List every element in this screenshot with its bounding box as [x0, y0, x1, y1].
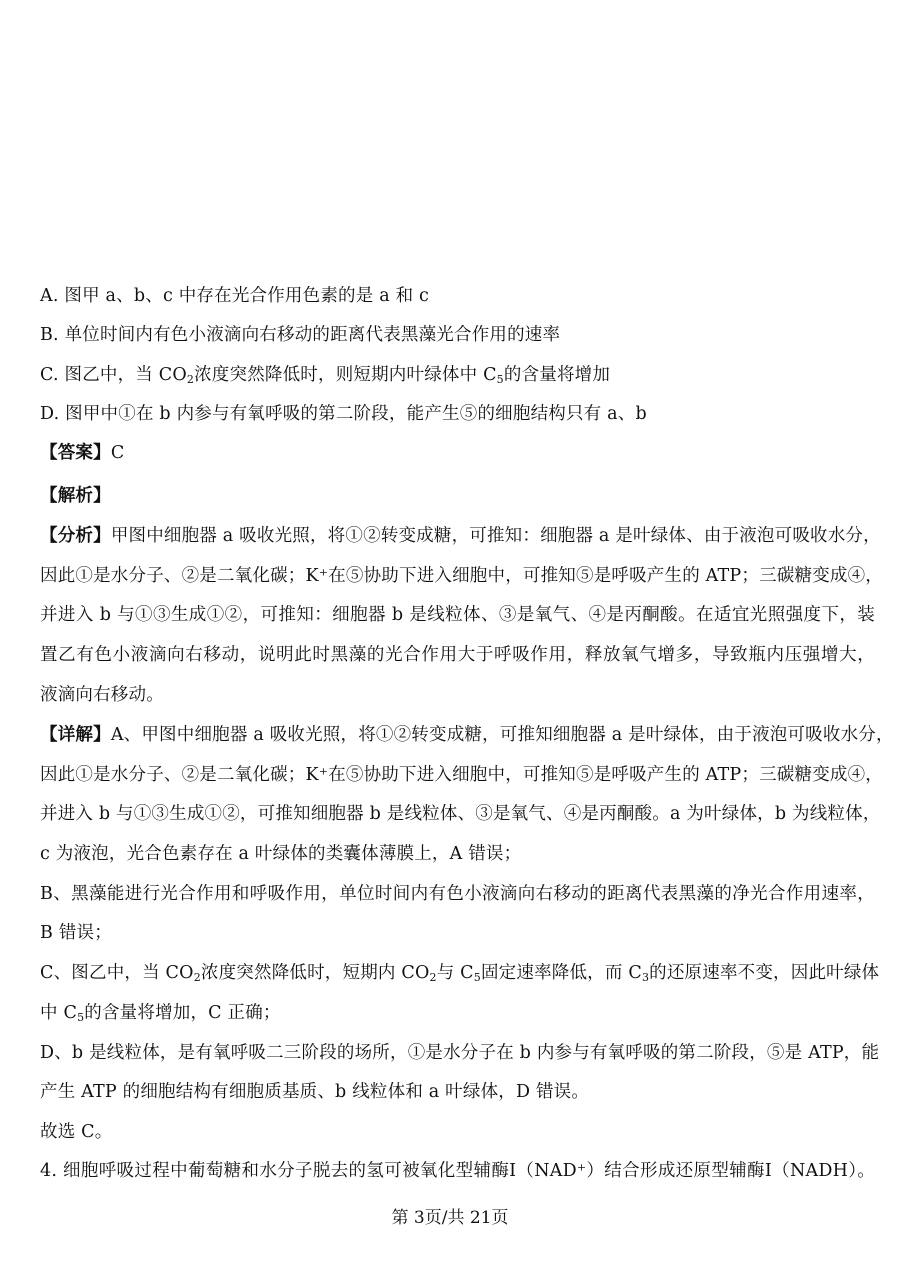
xiangjie-d-line-2: 产生 ATP 的细胞结构有细胞质基质、b 线粒体和 a 叶绿体，D 错误。	[40, 1081, 875, 1103]
conclusion: 故选 C。	[40, 1121, 875, 1143]
xiangjie-tag: 【详解】	[40, 725, 111, 745]
option-c-label: C.	[40, 365, 59, 385]
xiangjie-d-line-1: D、b 是线粒体，是有氧呼吸二三阶段的场所，①是水分子在 b 内参与有氧呼吸的第…	[40, 1042, 875, 1064]
option-b-text: 单位时间内有色小液滴向右移动的距离代表黑藻光合作用的速率	[65, 325, 561, 345]
answer-line: 【答案】C	[40, 442, 875, 464]
option-a-text: 图甲 a、b、c 中存在光合作用色素的是 a 和 c	[64, 286, 429, 306]
fenxi-line-5: 液滴向右移动。	[40, 684, 875, 706]
xiangjie-line-3: 并进入 b 与①③生成①②，可推知细胞器 b 是线粒体、③是氧气、④是丙酮酸。a…	[40, 803, 875, 825]
xiangjie-c-line-1: C、图乙中，当 CO2浓度突然降低时，短期内 CO2与 C5固定速率降低，而 C…	[40, 962, 875, 984]
xiangjie-c-line-2: 中 C5的含量将增加，C 正确；	[40, 1002, 875, 1024]
option-b-label: B.	[40, 325, 59, 345]
option-d: D. 图甲中①在 b 内参与有氧呼吸的第二阶段，能产生⑤的细胞结构只有 a、b	[40, 403, 875, 425]
fenxi-line-1: 【分析】甲图中细胞器 a 吸收光照，将①②转变成糖，可推知：细胞器 a 是叶绿体…	[40, 525, 875, 547]
xiangjie-line-6: B 错误；	[40, 922, 875, 944]
option-d-label: D.	[40, 404, 59, 424]
next-question: 4. 细胞呼吸过程中葡萄糖和水分子脱去的氢可被氧化型辅酶Ⅰ（NAD⁺）结合形成还…	[40, 1160, 875, 1182]
option-c: C. 图乙中，当 CO2浓度突然降低时，则短期内叶绿体中 C5的含量将增加	[40, 364, 875, 386]
option-d-text: 图甲中①在 b 内参与有氧呼吸的第二阶段，能产生⑤的细胞结构只有 a、b	[65, 404, 647, 424]
document-page: A. 图甲 a、b、c 中存在光合作用色素的是 a 和 c B. 单位时间内有色…	[0, 0, 900, 1263]
fenxi-line-3: 并进入 b 与①③生成①②，可推知：细胞器 b 是线粒体、③是氧气、④是丙酮酸。…	[40, 604, 875, 626]
xiangjie-line-2: 因此①是水分子、②是二氧化碳；K⁺在⑤协助下进入细胞中，可推知⑤是呼吸产生的 A…	[40, 764, 875, 786]
option-c-text: 图乙中，当 CO2浓度突然降低时，则短期内叶绿体中 C5的含量将增加	[65, 365, 611, 385]
fenxi-line-4: 置乙有色小液滴向右移动，说明此时黑藻的光合作用大于呼吸作用，释放氧气增多，导致瓶…	[40, 644, 875, 666]
analysis-heading: 【解析】	[40, 485, 875, 507]
xiangjie-line-1: 【详解】A、甲图中细胞器 a 吸收光照，将①②转变成糖，可推知细胞器 a 是叶绿…	[40, 724, 875, 746]
option-b: B. 单位时间内有色小液滴向右移动的距离代表黑藻光合作用的速率	[40, 324, 875, 346]
option-a: A. 图甲 a、b、c 中存在光合作用色素的是 a 和 c	[40, 285, 875, 307]
fenxi-tag: 【分析】	[40, 526, 111, 546]
option-a-label: A.	[40, 286, 59, 306]
answer-value: C	[111, 443, 125, 463]
xiangjie-line-4: c 为液泡，光合色素存在 a 叶绿体的类囊体薄膜上，A 错误；	[40, 843, 875, 865]
answer-tag: 【答案】	[40, 443, 111, 463]
fenxi-line-2: 因此①是水分子、②是二氧化碳；K⁺在⑤协助下进入细胞中，可推知⑤是呼吸产生的 A…	[40, 565, 875, 587]
xiangjie-line-5: B、黑藻能进行光合作用和呼吸作用，单位时间内有色小液滴向右移动的距离代表黑藻的净…	[40, 883, 875, 905]
page-footer: 第 3页/共 21页	[0, 1207, 900, 1229]
